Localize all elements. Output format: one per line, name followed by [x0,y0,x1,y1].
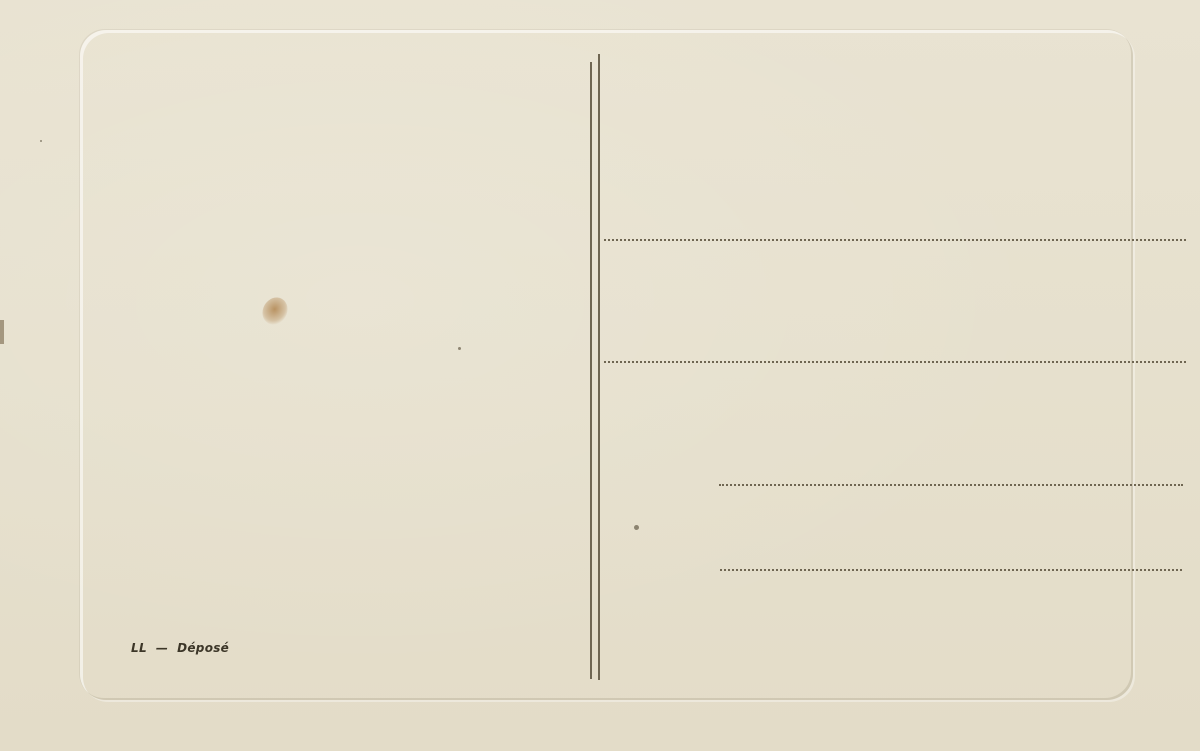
paper-speck [40,140,42,142]
address-line-2 [604,361,1186,363]
divider-line-right [598,54,600,680]
divider-line-left [590,62,592,679]
embossed-border-frame [80,30,1133,700]
paper-speck [634,525,639,530]
publisher-mark: LL — Déposé [131,641,229,655]
address-line-1 [604,239,1186,241]
edge-mark [0,320,4,344]
paper-speck [458,347,461,350]
postcard-back: LL — Déposé [0,0,1200,751]
address-line-3 [719,484,1183,486]
address-line-4 [720,569,1182,571]
